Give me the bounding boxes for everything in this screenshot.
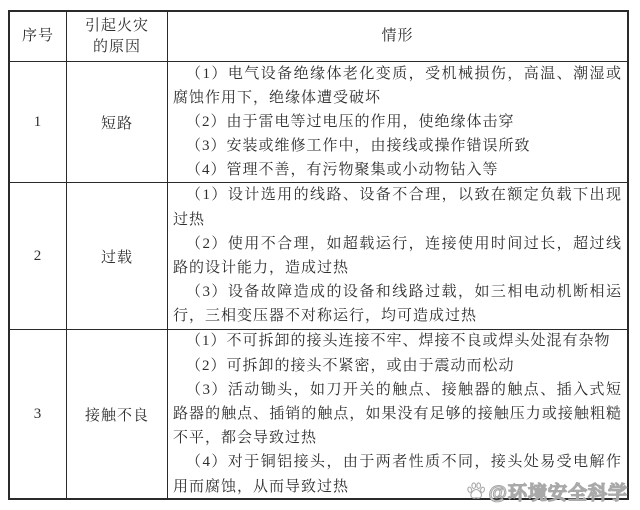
row2-situation-cell: （1）设计选用的线路、设备不合理，以致在额定负载下出现过热 （2）使用不合理，如… — [168, 183, 627, 330]
row2-item-3: （3）设备故障造成的设备和线路过载，如三相电动机断相运行，三相变压器不对称运行，… — [173, 280, 622, 328]
row2-index: 2 — [34, 248, 43, 265]
row2-index-cell: 2 — [10, 183, 67, 330]
fire-causes-table: 序号 引起火灾 的原因 情形 1 短路 （1）电气设备绝缘体老化变质，受机械损伤… — [8, 10, 629, 500]
row1-item-3: （3）安装或维修工作中，由接线或操作错误所致 — [173, 134, 622, 158]
header-cell-index: 序号 — [10, 12, 67, 62]
row1-cause: 短路 — [101, 112, 133, 133]
row1-index-cell: 1 — [10, 62, 67, 183]
header-cause-line2: 的原因 — [93, 37, 141, 58]
row3-index: 3 — [34, 406, 43, 423]
row3-item-1: （1）不可拆卸的接头连接不牢、焊接不良或焊头处混有杂物 — [173, 330, 622, 354]
page: 序号 引起火灾 的原因 情形 1 短路 （1）电气设备绝缘体老化变质，受机械损伤… — [0, 0, 640, 510]
header-index-label: 序号 — [22, 26, 54, 47]
row2-cause: 过载 — [101, 246, 133, 267]
row1-item-1: （1）电气设备绝缘体老化变质，受机械损伤，高温、潮湿或腐蚀作用下，绝缘体遭受破坏 — [173, 62, 622, 110]
row1-situation-cell: （1）电气设备绝缘体老化变质，受机械损伤，高温、潮湿或腐蚀作用下，绝缘体遭受破坏… — [168, 62, 627, 183]
header-cause-line1: 引起火灾 — [85, 16, 149, 37]
row1-item-2: （2）由于雷电等过电压的作用，使绝缘体击穿 — [173, 110, 622, 134]
row3-item-3: （3）活动锄头，如刀开关的触点、接触器的触点、插入式短路器的触点、插销的触点，如… — [173, 378, 622, 451]
header-situation-label: 情形 — [381, 26, 413, 47]
row3-item-2: （2）可拆卸的接头不紧密，或由于震动而松动 — [173, 354, 622, 378]
row3-index-cell: 3 — [10, 330, 67, 498]
row1-item-4: （4）管理不善，有污物聚集或小动物钻入等 — [173, 158, 622, 182]
row3-cause-cell: 接触不良 — [67, 330, 168, 498]
row2-item-1: （1）设计选用的线路、设备不合理，以致在额定负载下出现过热 — [173, 183, 622, 231]
row1-cause-cell: 短路 — [67, 62, 168, 183]
header-cell-situation: 情形 — [168, 12, 627, 62]
header-cell-cause: 引起火灾 的原因 — [67, 12, 168, 62]
row1-index: 1 — [34, 114, 43, 131]
row3-situation-cell: （1）不可拆卸的接头连接不牢、焊接不良或焊头处混有杂物 （2）可拆卸的接头不紧密… — [168, 330, 627, 498]
row3-cause: 接触不良 — [85, 404, 149, 425]
row2-cause-cell: 过载 — [67, 183, 168, 330]
row2-item-2: （2）使用不合理，如超载运行，连接使用时间过长，超过线路的设计能力，造成过热 — [173, 232, 622, 280]
row3-item-4: （4）对于铜铝接头，由于两者性质不同，接头处易受电解作用而腐蚀，从而导致过热 — [173, 450, 622, 498]
